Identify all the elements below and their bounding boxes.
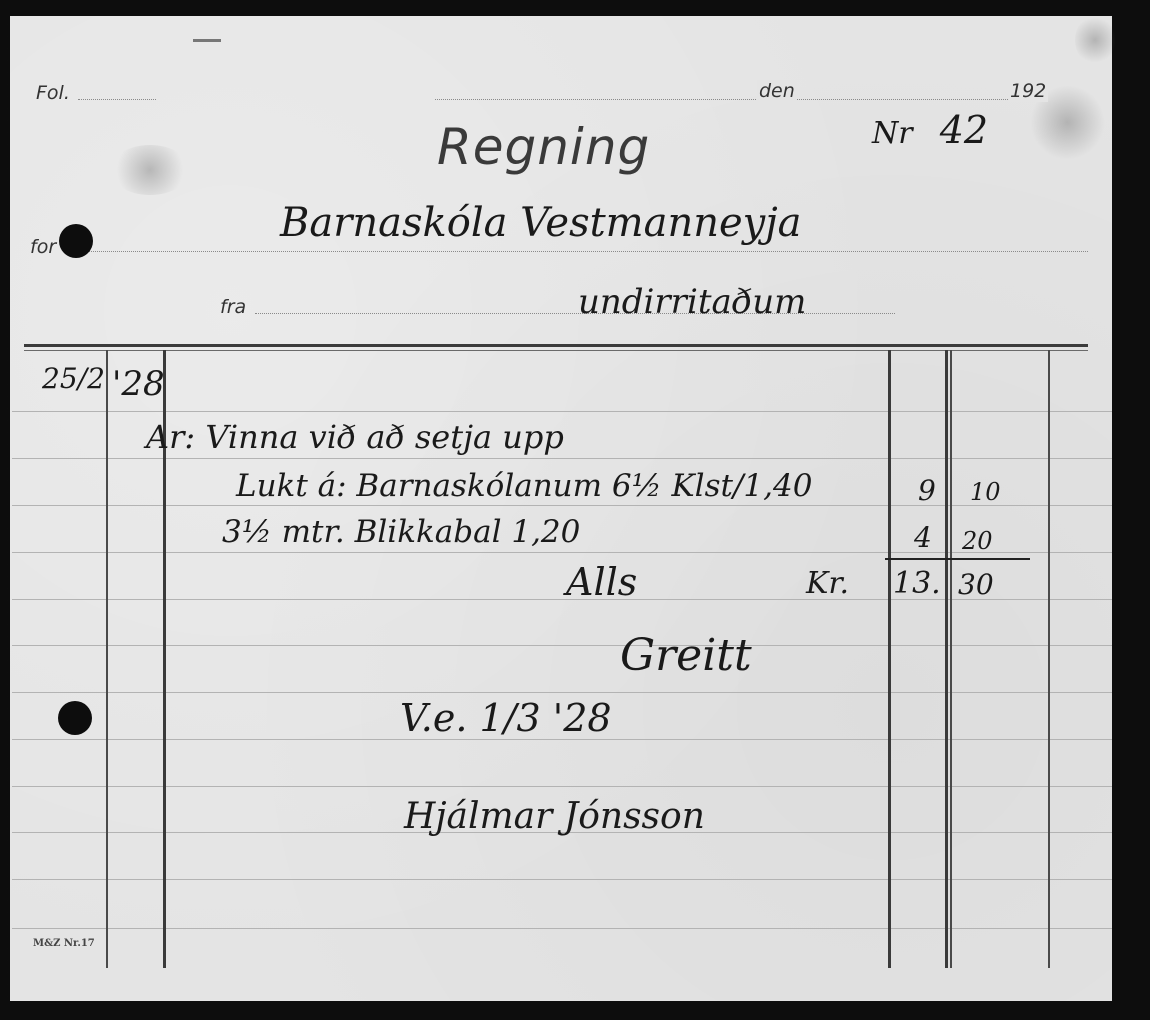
paid-note: Greitt xyxy=(620,630,752,681)
for-label: for xyxy=(30,236,56,258)
item-1-kroner: 9 xyxy=(918,474,936,507)
den-label: den xyxy=(757,80,797,102)
total-label: Alls xyxy=(566,560,637,604)
item-1-aurar: 10 xyxy=(970,478,1001,506)
for-value: Barnaskóla Vestmanneyja xyxy=(280,200,801,246)
number-value: 42 xyxy=(940,108,988,152)
document-title: Regning xyxy=(437,118,650,176)
printer-imprint: M&Z Nr.17 xyxy=(33,938,95,949)
fol-label: Fol. xyxy=(36,82,70,104)
description-line-2: Lukt á: Barnaskólanum 6½ Klst/1,40 xyxy=(236,468,812,504)
signature: Hjálmar Jónsson xyxy=(404,796,705,837)
column-divider-date xyxy=(106,350,108,968)
item-2-aurar: 20 xyxy=(962,527,993,555)
date-line xyxy=(435,99,1040,100)
ink-mark xyxy=(193,39,221,42)
fra-label: fra xyxy=(220,296,246,318)
column-divider-aurar-right xyxy=(950,350,952,968)
item-2-kroner: 4 xyxy=(914,521,932,554)
column-divider-kroner xyxy=(888,350,891,968)
punch-hole-bottom xyxy=(58,701,92,735)
table-top-rule-thin xyxy=(24,350,1088,351)
currency-label: Kr. xyxy=(806,566,849,601)
number-prefix: Nr xyxy=(872,116,913,151)
stain-top-left xyxy=(110,145,190,195)
year-prefix: 192 xyxy=(1008,80,1048,102)
column-divider-right xyxy=(1048,350,1050,968)
column-divider-aurar-left xyxy=(945,350,948,968)
entry-date-day-month: 25/2 xyxy=(42,362,105,395)
punch-hole-top xyxy=(59,224,93,258)
fra-value: undirritaðum xyxy=(578,282,806,322)
sum-underline xyxy=(885,558,1030,560)
invoice-number: Nr 42 xyxy=(872,108,988,152)
fol-line xyxy=(78,99,156,100)
description-line-3: 3½ mtr. Blikkabal 1,20 xyxy=(222,514,580,550)
total-kroner: 13. xyxy=(893,566,941,601)
total-aurar: 30 xyxy=(958,568,994,601)
description-line-1: Ar: Vinna við að setja upp xyxy=(146,418,564,456)
stain-corner xyxy=(1075,15,1115,65)
entry-date-year: '28 xyxy=(112,364,165,404)
for-line xyxy=(88,251,1088,252)
place-date: V.e. 1/3 '28 xyxy=(400,696,612,740)
table-top-rule xyxy=(24,344,1088,347)
